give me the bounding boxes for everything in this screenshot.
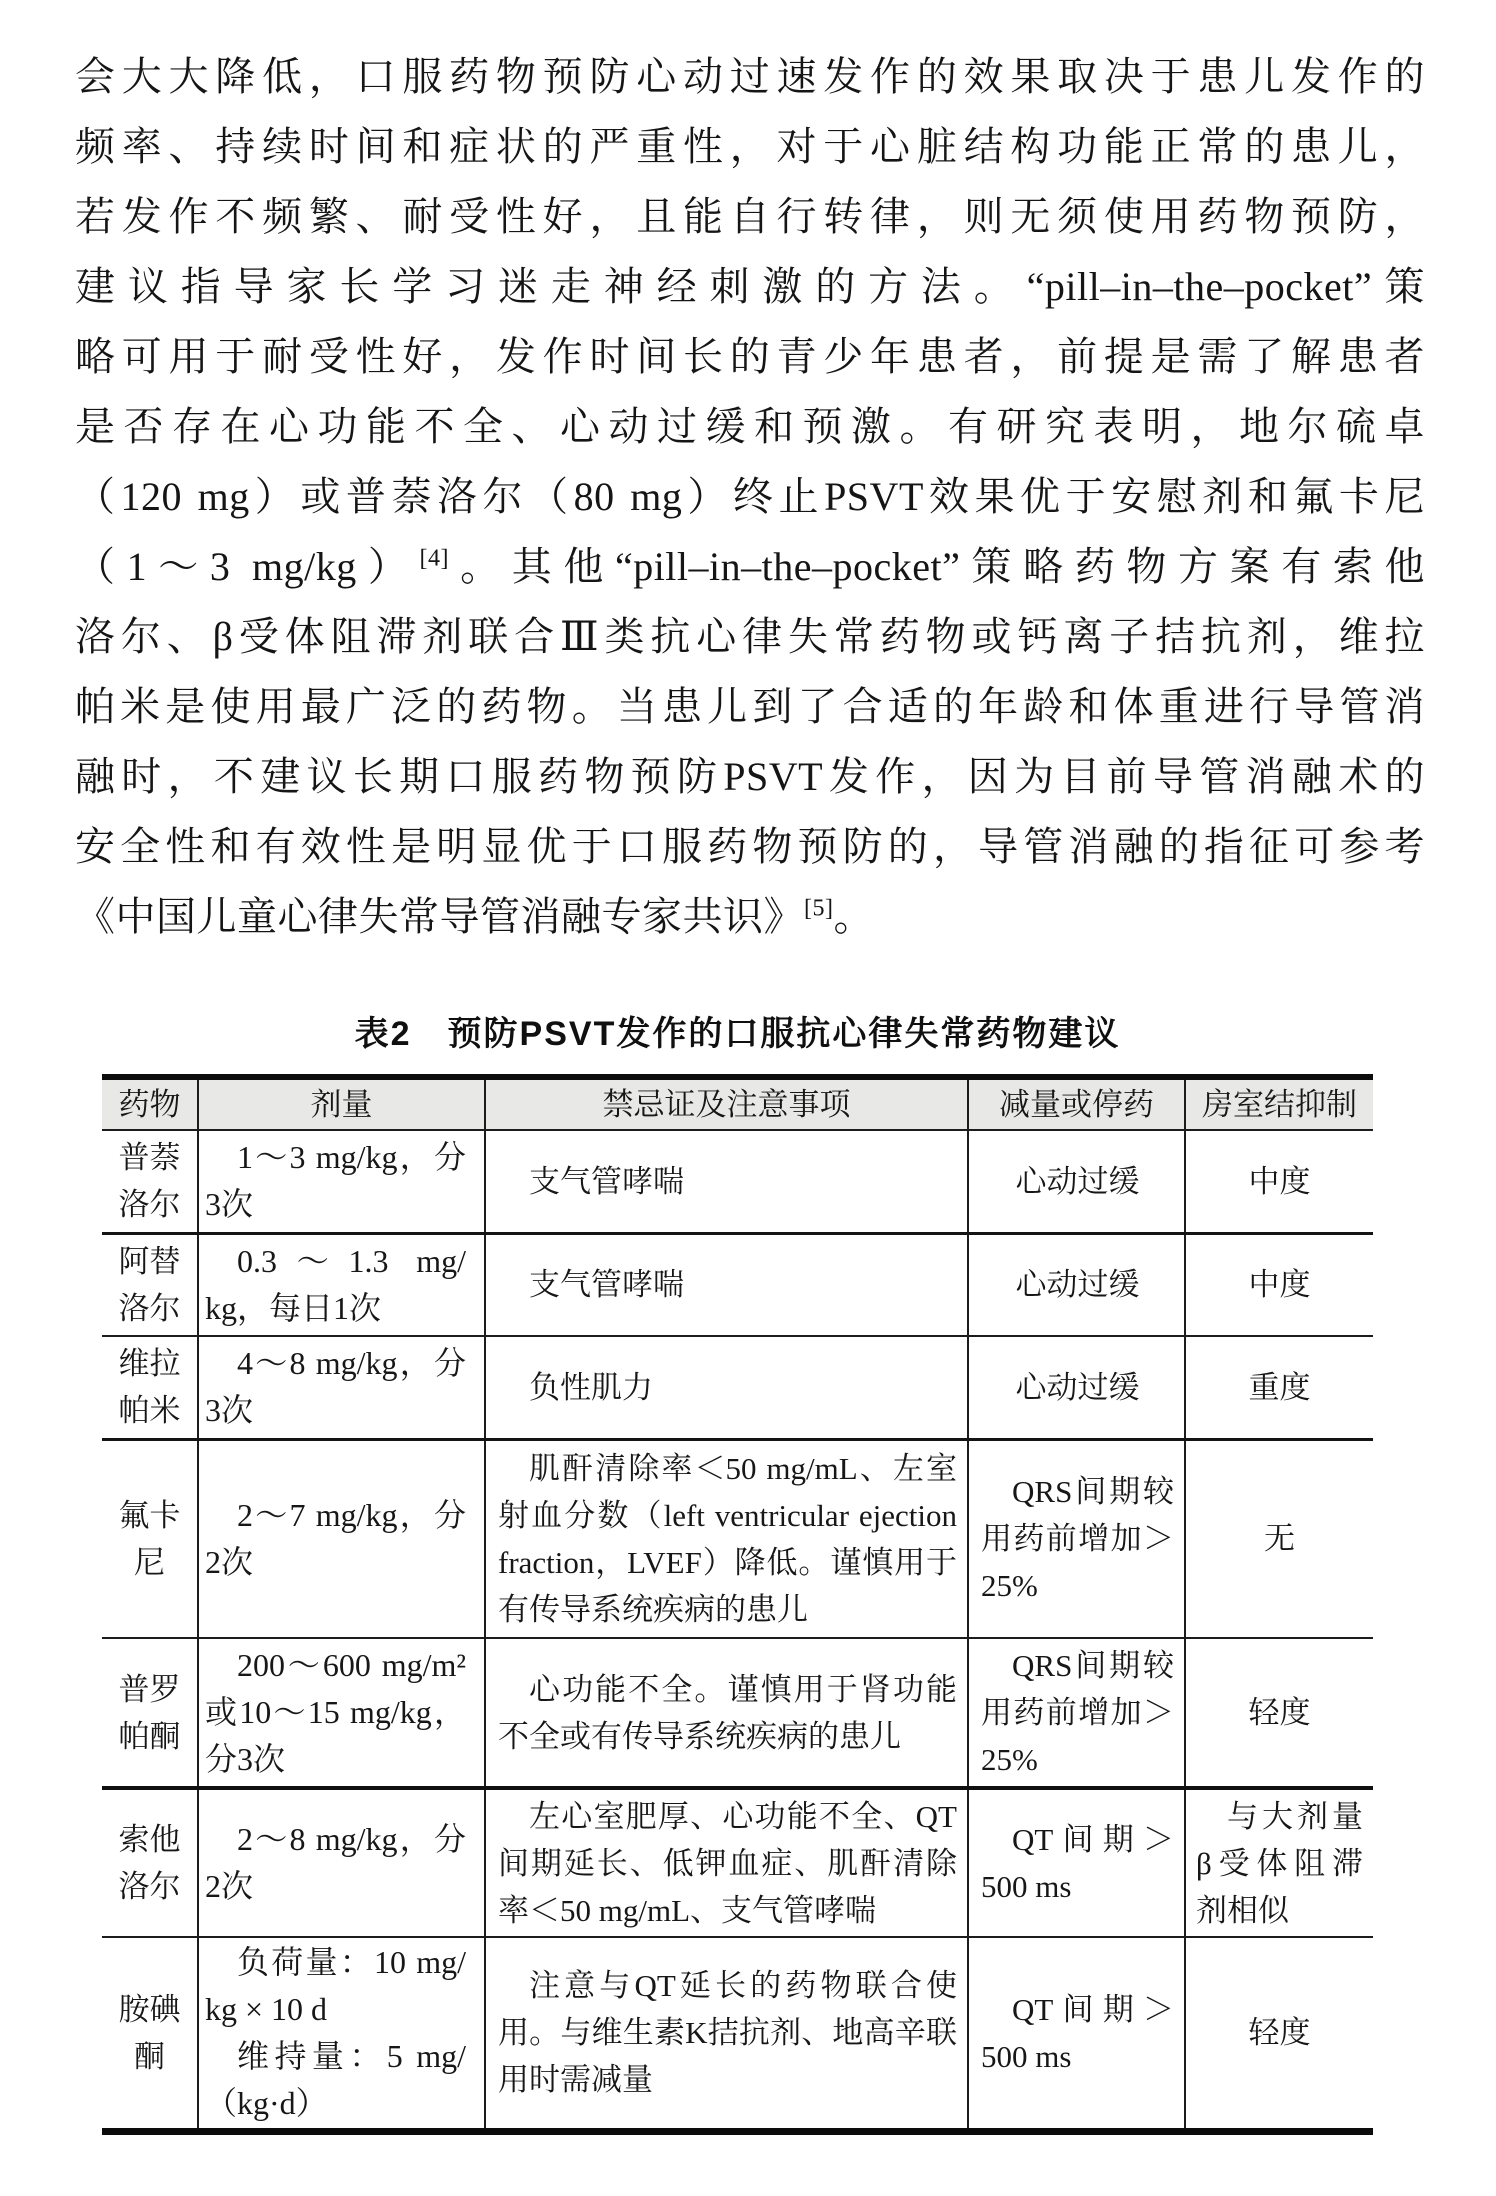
dose-cell: 2～8 mg/kg，分2次 — [198, 1788, 485, 1937]
paragraph-line: 会大大降低，口服药物预防心动过速发作的效果取决于患儿发作的 — [75, 42, 1425, 112]
reduce-or-stop-cell: 心动过缓 — [968, 1233, 1185, 1336]
dose-cell: 1～3 mg/kg，分3次 — [198, 1130, 485, 1233]
dose-cell: 2～7 mg/kg，分2次 — [198, 1439, 485, 1638]
contraindications-cell: 支气管哮喘 — [485, 1233, 968, 1336]
header-cell-contraindications: 禁忌证及注意事项 — [485, 1077, 968, 1130]
av-node-suppression-cell: 与大剂量β受体阻滞剂相似 — [1185, 1788, 1373, 1937]
drug-recommendation-table: 药物 剂量 禁忌证及注意事项 减量或停药 房室结抑制 普萘洛尔 1～3 mg/k… — [102, 1074, 1373, 2135]
av-node-suppression-cell: 无 — [1185, 1439, 1373, 1638]
drug-name-cell: 维拉帕米 — [102, 1336, 198, 1439]
table-row: 阿替洛尔 0.3～1.3 mg/​kg，每日1次 支气管哮喘 心动过缓 中度 — [102, 1233, 1373, 1336]
table-row: 维拉帕米 4～8 mg/kg，分3次 负性肌力 心动过缓 重度 — [102, 1336, 1373, 1439]
paragraph-line: 略可用于耐受性好，发作时间长的青少年患者，前提是需了解患者 — [75, 322, 1425, 392]
drug-name-cell: 胺碘酮 — [102, 1937, 198, 2131]
table-row: 索他洛尔 2～8 mg/kg，分2次 左心室肥厚、心功能不全、QT间期延长、低钾… — [102, 1788, 1373, 1937]
paragraph-line: 融时，不建议长期口服药物预防PSVT发作，因为目前导管消融术的 — [75, 742, 1425, 812]
paragraph-line: （120 mg）或普萘洛尔（80 mg）终止PSVT效果优于安慰剂和氟卡尼 — [75, 462, 1425, 532]
table-row: 普萘洛尔 1～3 mg/kg，分3次 支气管哮喘 心动过缓 中度 — [102, 1130, 1373, 1233]
drug-name-cell: 阿替洛尔 — [102, 1233, 198, 1336]
paragraph-line: 是否存在心功能不全、心动过缓和预激。有研究表明，地尔硫卓 — [75, 392, 1425, 462]
reduce-or-stop-cell: 心动过缓 — [968, 1130, 1185, 1233]
paragraph-line: 《中国儿童心律失常导管消融专家共识》[5]。 — [75, 882, 1425, 952]
av-node-suppression-cell: 重度 — [1185, 1336, 1373, 1439]
header-cell-drug: 药物 — [102, 1077, 198, 1130]
paragraph-line: 安全性和有效性是明显优于口服药物预防的，导管消融的指征可参考 — [75, 812, 1425, 882]
drug-name-cell: 普罗帕酮 — [102, 1638, 198, 1788]
av-node-suppression-cell: 中度 — [1185, 1233, 1373, 1336]
table-row: 氟卡尼 2～7 mg/kg，分2次 肌酐清除率＜50 mg/mL、左室射血分数（… — [102, 1439, 1373, 1638]
table-row: 胺碘酮 负荷量：10 mg/​kg × 10 d 维持量：5 mg/​（kg·d… — [102, 1937, 1373, 2131]
table-title: 表2 预防PSVT发作的口服抗心律失常药物建议 — [102, 1016, 1373, 1052]
table-row: 普罗帕酮 200～600 mg/m²​或10～15 mg/​kg，分3次 心功能… — [102, 1638, 1373, 1788]
paragraph-line: 建议指导家长学习迷走神经刺激的方法。“pill–in–the–pocket”策 — [75, 252, 1425, 322]
header-cell-av-node-suppression: 房室结抑制 — [1185, 1077, 1373, 1130]
contraindications-cell: 肌酐清除率＜50 mg/mL、左室射血分数（left ventricular e… — [485, 1439, 968, 1638]
drug-name-cell: 索他洛尔 — [102, 1788, 198, 1937]
reduce-or-stop-cell: QRS间期较用药前增加＞​25% — [968, 1638, 1185, 1788]
drug-name-cell: 氟卡尼 — [102, 1439, 198, 1638]
paragraph-line: 洛尔、β受体阻滞剂联合Ⅲ类抗心律失常药物或钙离子拮抗剂，维拉 — [75, 602, 1425, 672]
contraindications-cell: 支气管哮喘 — [485, 1130, 968, 1233]
dose-cell: 负荷量：10 mg/​kg × 10 d 维持量：5 mg/​（kg·d） — [198, 1937, 485, 2131]
paragraph-line: （1～3 mg/kg）[4]。其他“pill–in–the–pocket”策略药… — [75, 532, 1425, 602]
reduce-or-stop-cell: 心动过缓 — [968, 1336, 1185, 1439]
header-cell-dose: 剂量 — [198, 1077, 485, 1130]
av-node-suppression-cell: 轻度 — [1185, 1937, 1373, 2131]
contraindications-cell: 左心室肥厚、心功能不全、QT间期延长、低钾血症、肌酐清除率＜50 mg/mL、支… — [485, 1788, 968, 1937]
table-header-row: 药物 剂量 禁忌证及注意事项 减量或停药 房室结抑制 — [102, 1077, 1373, 1130]
dose-cell: 4～8 mg/kg，分3次 — [198, 1336, 485, 1439]
reduce-or-stop-cell: QT间期＞​500 ms — [968, 1788, 1185, 1937]
av-node-suppression-cell: 轻度 — [1185, 1638, 1373, 1788]
contraindications-cell: 负性肌力 — [485, 1336, 968, 1439]
paragraph-line: 频率、持续时间和症状的严重性，对于心脏结构功能正常的患儿， — [75, 112, 1425, 182]
header-cell-reduce-or-stop: 减量或停药 — [968, 1077, 1185, 1130]
drug-name-cell: 普萘洛尔 — [102, 1130, 198, 1233]
av-node-suppression-cell: 中度 — [1185, 1130, 1373, 1233]
paragraph-line: 若发作不频繁、耐受性好，且能自行转律，则无须使用药物预防， — [75, 182, 1425, 252]
dose-cell: 200～600 mg/m²​或10～15 mg/​kg，分3次 — [198, 1638, 485, 1788]
paragraph-line: 帕米是使用最广泛的药物。当患儿到了合适的年龄和体重进行导管消 — [75, 672, 1425, 742]
reduce-or-stop-cell: QT间期＞​500 ms — [968, 1937, 1185, 2131]
reduce-or-stop-cell: QRS间期较用药前增加＞​25% — [968, 1439, 1185, 1638]
contraindications-cell: 注意与QT延长的药物联合使用。与维生素K拮抗剂、地高辛联用时需减量 — [485, 1937, 968, 2131]
contraindications-cell: 心功能不全。谨慎用于肾功能不全或有传导系统疾病的患儿 — [485, 1638, 968, 1788]
body-paragraph: 会大大降低，口服药物预防心动过速发作的效果取决于患儿发作的 频率、持续时间和症状… — [75, 42, 1425, 952]
dose-cell: 0.3～1.3 mg/​kg，每日1次 — [198, 1233, 485, 1336]
